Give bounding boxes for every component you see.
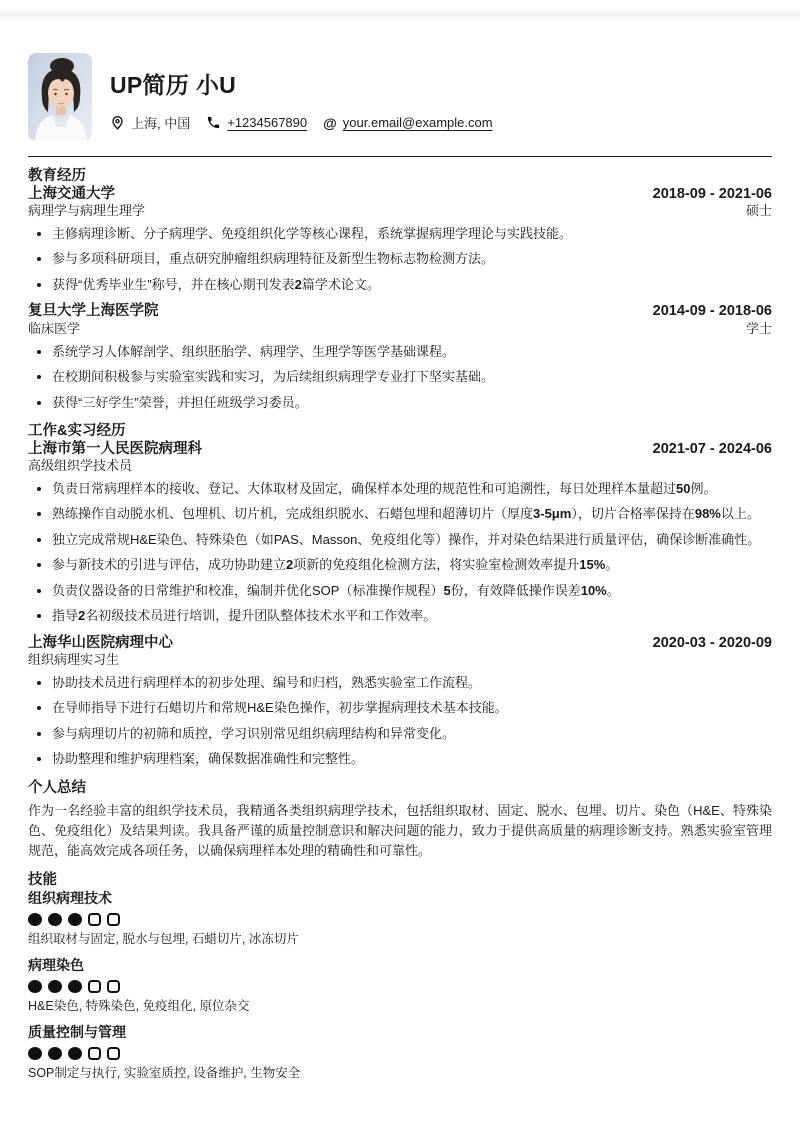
level-dot-empty [107, 1047, 120, 1060]
bullet-item: 参与多项科研项目，重点研究肿瘤组织病理特征及新型生物标志物检测方法。 [28, 250, 772, 268]
major: 病理学与病理生理学 [28, 203, 145, 218]
location-text: 上海, 中国 [131, 113, 190, 132]
school-name: 上海交通大学 [28, 186, 115, 202]
company-name: 上海市第一人民医院病理科 [28, 441, 202, 457]
level-dot-filled [48, 913, 62, 926]
page-top-shadow [0, 7, 800, 21]
education-section-title: 教育经历 [28, 168, 772, 185]
level-dot-empty [107, 913, 120, 926]
work-bullets: 协助技术员进行病理样本的初步处理、编号和归档，熟悉实验室工作流程。 在导师指导下… [28, 674, 772, 769]
header-text: UP简历 小U 上海, 中国 [110, 53, 493, 141]
work-dates: 2021-07 - 2024-06 [653, 441, 772, 457]
phone-item: +1234567890 [206, 115, 307, 130]
bullet-item: 主修病理诊断、分子病理学、免疫组织化学等核心课程，系统掌握病理学理论与实践技能。 [28, 225, 772, 243]
education-entry: 复旦大学上海医学院 2014-09 - 2018-06 临床医学 学士 系统学习… [28, 303, 772, 412]
skill-level-indicator [28, 1046, 772, 1060]
bullet-item: 参与病理切片的初筛和质控，学习识别常见组织病理结构和异常变化。 [28, 725, 772, 743]
work-bullets: 负责日常病理样本的接收、登记、大体取材及固定，确保样本处理的规范性和可追溯性，每… [28, 480, 772, 626]
bullet-item: 在导师指导下进行石蜡切片和常规H&E染色操作，初步掌握病理技术基本技能。 [28, 699, 772, 717]
location-pin-icon [110, 115, 125, 130]
profile-photo [28, 53, 92, 141]
work-section-title: 工作&实习经历 [28, 423, 772, 440]
bullet-item: 获得“三好学生”荣誉，并担任班级学习委员。 [28, 394, 772, 412]
resume-header: UP简历 小U 上海, 中国 [28, 53, 772, 141]
skill-keywords: H&E染色, 特殊染色, 免疫组化, 原位杂交 [28, 999, 772, 1014]
level-dot-empty [88, 980, 101, 993]
level-dot-filled [68, 980, 82, 993]
degree: 学士 [746, 321, 772, 336]
level-dot-filled [28, 913, 42, 926]
skill-level-indicator [28, 979, 772, 993]
school-name: 复旦大学上海医学院 [28, 303, 159, 319]
education-dates: 2014-09 - 2018-06 [653, 303, 772, 319]
job-title: 组织病理实习生 [28, 652, 119, 667]
bullet-item: 协助技术员进行病理样本的初步处理、编号和归档，熟悉实验室工作流程。 [28, 674, 772, 692]
skill-name: 质量控制与管理 [28, 1024, 772, 1040]
level-dot-filled [68, 1047, 82, 1060]
avatar-illustration [28, 53, 92, 141]
skill-keywords: 组织取材与固定, 脱水与包埋, 石蜡切片, 冰冻切片 [28, 932, 772, 947]
bullet-item: 熟练操作自动脱水机、包埋机、切片机，完成组织脱水、石蜡包埋和超薄切片（厚度3-5… [28, 505, 772, 523]
work-entry: 上海华山医院病理中心 2020-03 - 2020-09 组织病理实习生 协助技… [28, 635, 772, 769]
bullet-item: 协助整理和维护病理档案，确保数据准确性和完整性。 [28, 750, 772, 768]
work-dates: 2020-03 - 2020-09 [653, 635, 772, 651]
email-link[interactable]: your.email@example.com [343, 115, 493, 130]
education-dates: 2018-09 - 2021-06 [653, 186, 772, 202]
degree: 硕士 [746, 203, 772, 218]
skill-keywords: SOP制定与执行, 实验室质控, 设备维护, 生物安全 [28, 1066, 772, 1081]
bullet-item: 系统学习人体解剖学、组织胚胎学、病理学、生理学等医学基础课程。 [28, 343, 772, 361]
bullet-item: 指导2名初级技术员进行培训，提升团队整体技术水平和工作效率。 [28, 607, 772, 625]
contact-row: 上海, 中国 +1234567890 @ your.email@example.… [110, 113, 493, 132]
skill-name: 组织病理技术 [28, 890, 772, 906]
major: 临床医学 [28, 321, 80, 336]
skills-section-title: 技能 [28, 872, 772, 889]
email-item: @ your.email@example.com [323, 115, 492, 130]
section-work: 工作&实习经历 上海市第一人民医院病理科 2021-07 - 2024-06 高… [28, 423, 772, 769]
phone-icon [206, 115, 221, 130]
skill-item: 组织病理技术 组织取材与固定, 脱水与包埋, 石蜡切片, 冰冻切片 [28, 890, 772, 947]
level-dot-filled [28, 1047, 42, 1060]
bullet-item: 负责仪器设备的日常维护和校准，编制并优化SOP（标准操作规程）5份，有效降低操作… [28, 582, 772, 600]
summary-text: 作为一名经验丰富的组织学技术员，我精通各类组织病理学技术，包括组织取材、固定、脱… [28, 801, 772, 862]
level-dot-empty [107, 980, 120, 993]
candidate-name: UP简历 小U [110, 67, 493, 100]
bullet-item: 获得“优秀毕业生”称号，并在核心期刊发表2篇学术论文。 [28, 276, 772, 294]
summary-section-title: 个人总结 [28, 780, 772, 797]
level-dot-filled [48, 1047, 62, 1060]
education-bullets: 系统学习人体解剖学、组织胚胎学、病理学、生理学等医学基础课程。 在校期间积极参与… [28, 343, 772, 412]
phone-link[interactable]: +1234567890 [227, 115, 307, 130]
section-summary: 个人总结 作为一名经验丰富的组织学技术员，我精通各类组织病理学技术，包括组织取材… [28, 780, 772, 861]
section-education: 教育经历 上海交通大学 2018-09 - 2021-06 病理学与病理生理学 … [28, 168, 772, 412]
section-skills: 技能 组织病理技术 组织取材与固定, 脱水与包埋, 石蜡切片, 冰冻切片 病理染… [28, 872, 772, 1081]
resume-page: UP简历 小U 上海, 中国 [0, 53, 800, 1081]
level-dot-empty [88, 1047, 101, 1060]
company-name: 上海华山医院病理中心 [28, 635, 173, 651]
header-divider [28, 156, 772, 157]
level-dot-empty [88, 913, 101, 926]
work-entry: 上海市第一人民医院病理科 2021-07 - 2024-06 高级组织学技术员 … [28, 441, 772, 626]
bullet-item: 参与新技术的引进与评估，成功协助建立2项新的免疫组化检测方法，将实验室检测效率提… [28, 556, 772, 574]
skill-item: 病理染色 H&E染色, 特殊染色, 免疫组化, 原位杂交 [28, 957, 772, 1014]
skill-name: 病理染色 [28, 957, 772, 973]
skill-level-indicator [28, 912, 772, 926]
bullet-item: 在校期间积极参与实验室实践和实习，为后续组织病理学专业打下坚实基础。 [28, 368, 772, 386]
bullet-item: 负责日常病理样本的接收、登记、大体取材及固定，确保样本处理的规范性和可追溯性，每… [28, 480, 772, 498]
level-dot-filled [28, 980, 42, 993]
education-entry: 上海交通大学 2018-09 - 2021-06 病理学与病理生理学 硕士 主修… [28, 186, 772, 295]
level-dot-filled [68, 913, 82, 926]
skill-item: 质量控制与管理 SOP制定与执行, 实验室质控, 设备维护, 生物安全 [28, 1024, 772, 1081]
education-bullets: 主修病理诊断、分子病理学、免疫组织化学等核心课程，系统掌握病理学理论与实践技能。… [28, 225, 772, 294]
location-item: 上海, 中国 [110, 113, 190, 132]
bullet-item: 独立完成常规H&E染色、特殊染色（如PAS、Masson、免疫组化等）操作，并对… [28, 531, 772, 549]
level-dot-filled [48, 980, 62, 993]
job-title: 高级组织学技术员 [28, 458, 132, 473]
at-icon: @ [323, 116, 337, 130]
